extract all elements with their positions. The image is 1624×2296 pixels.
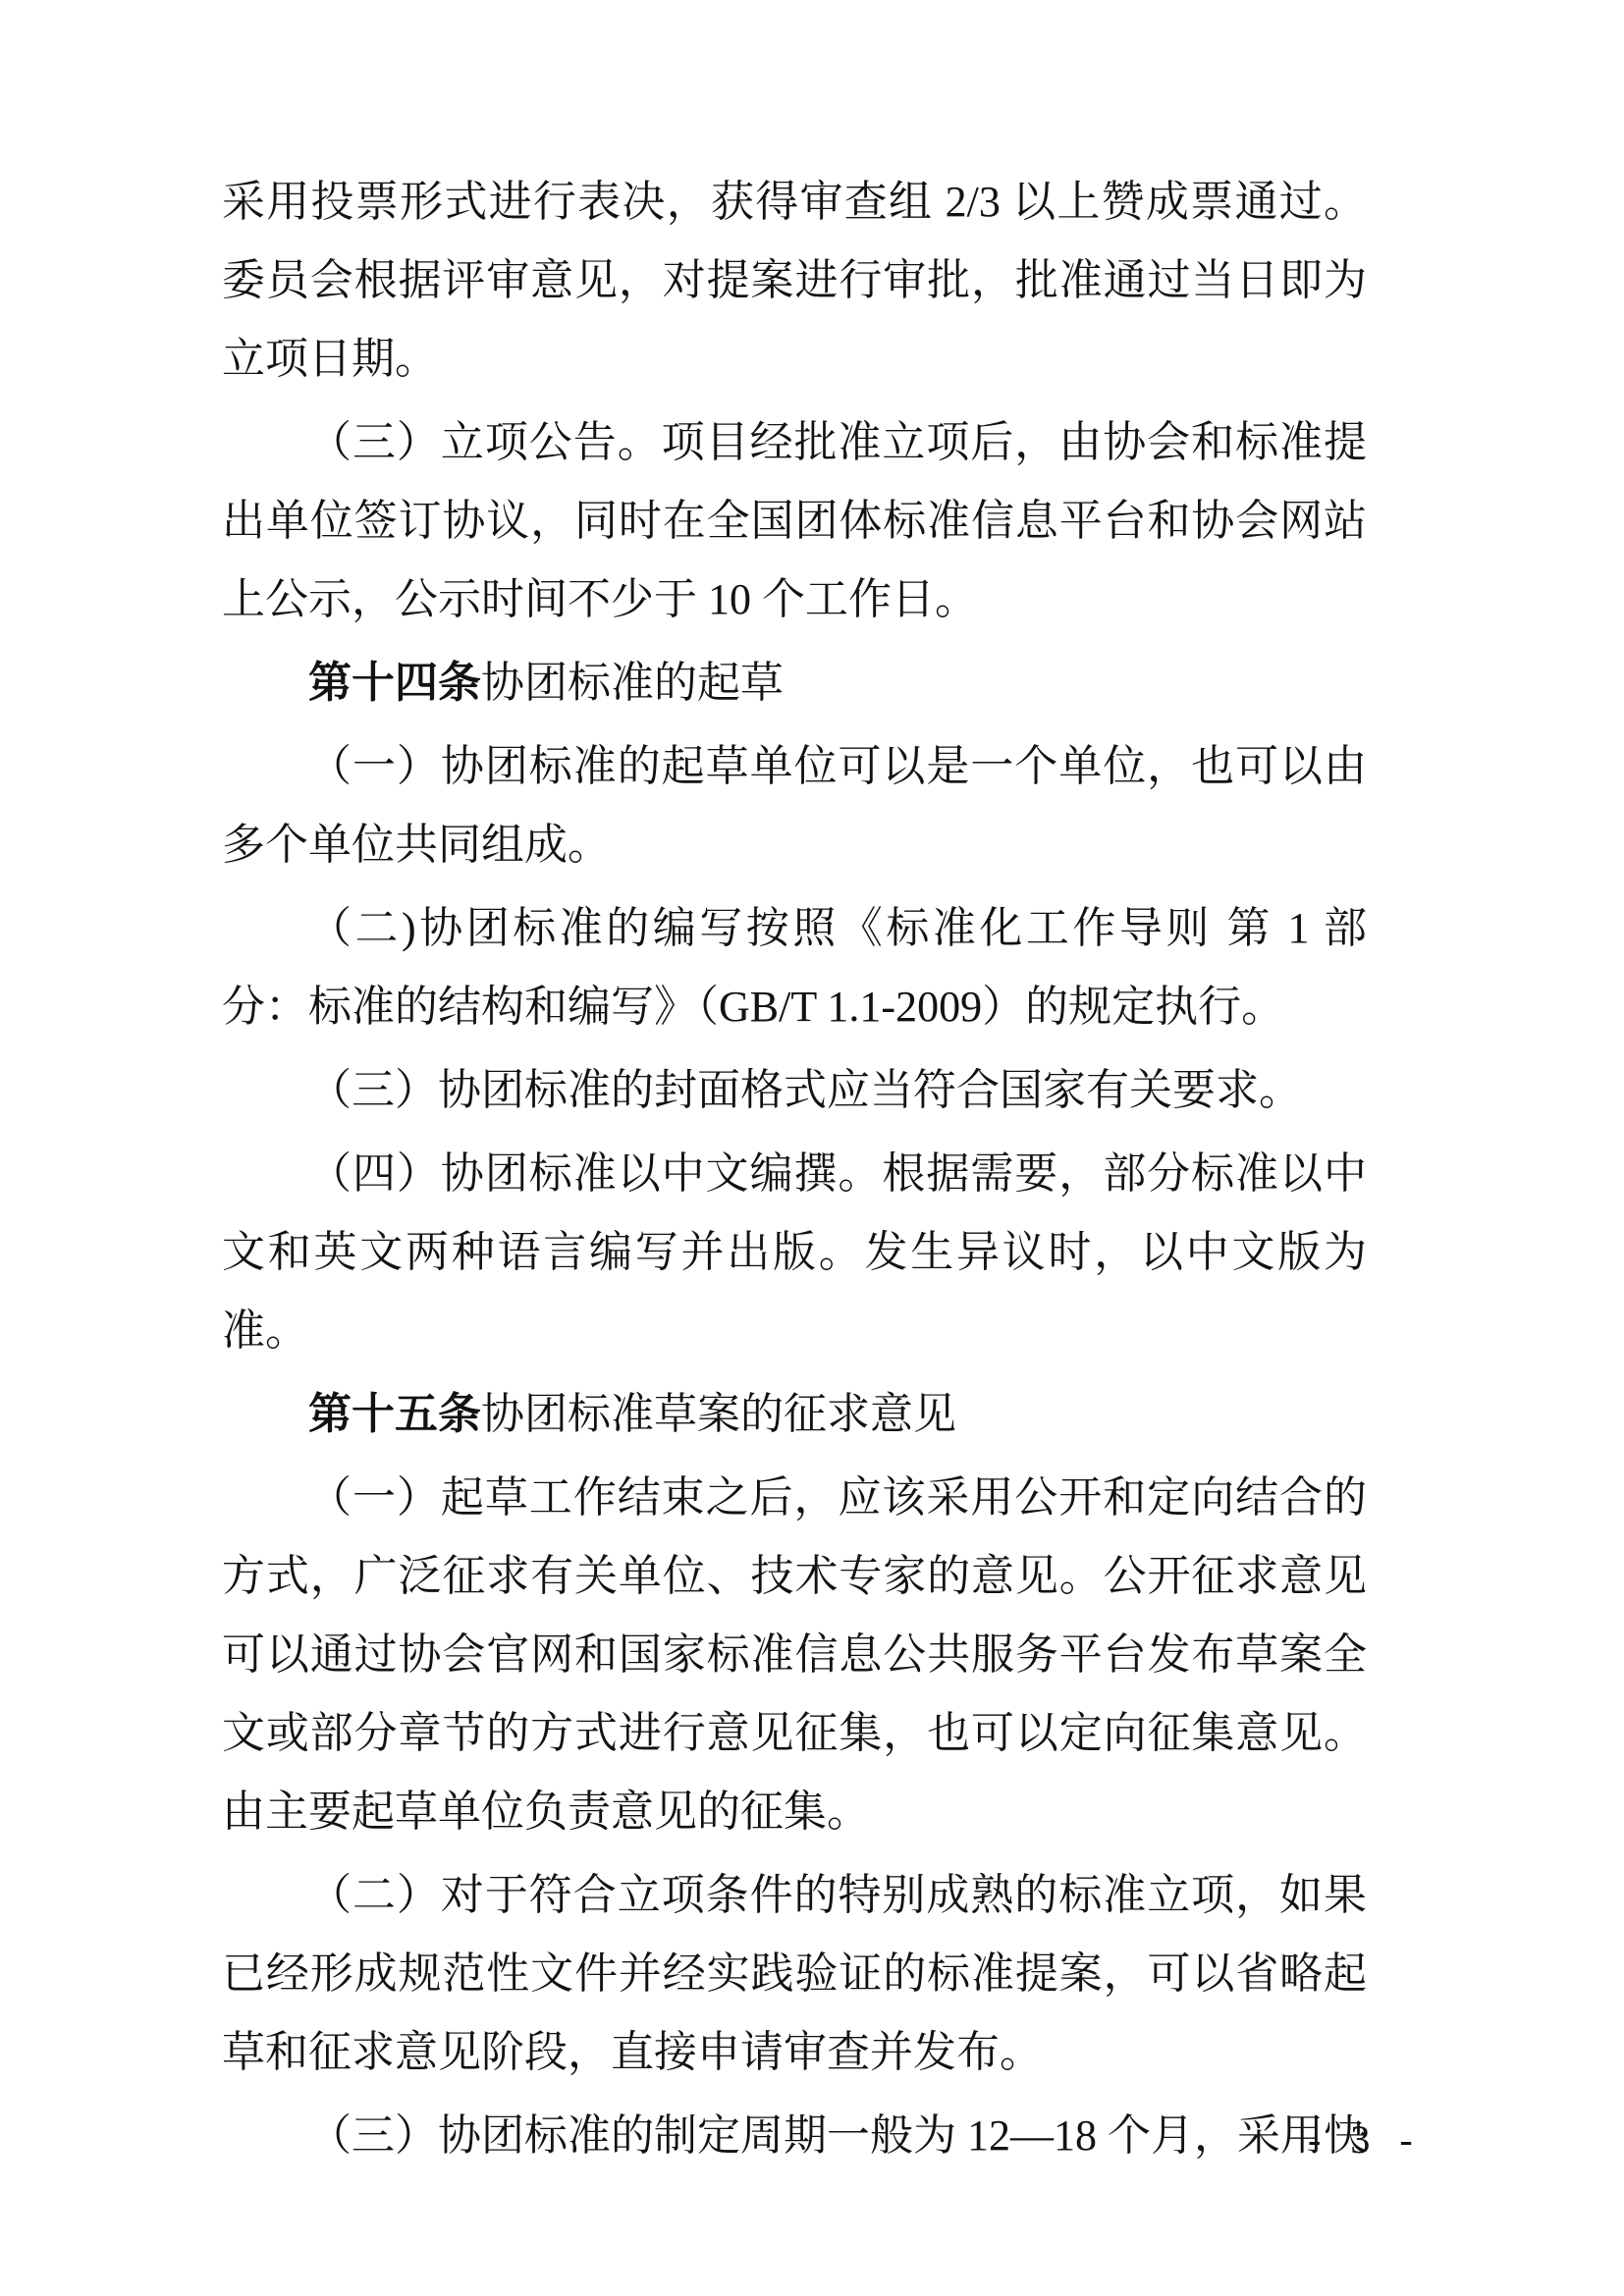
paragraph-continuation: 采用投票形式进行表决，获得审查组 2/3 以上赞成票通过。委员会根据评审意见，对…	[222, 163, 1367, 399]
document-body: 采用投票形式进行表决，获得审查组 2/3 以上赞成票通过。委员会根据评审意见，对…	[222, 163, 1367, 2175]
paragraph-drafting-units: （一）协团标准的起草单位可以是一个单位，也可以由多个单位共同组成。	[222, 727, 1367, 884]
page-number: - 3 -	[1308, 2118, 1423, 2162]
article-heading-14: 第十四条协团标准的起草	[222, 644, 1367, 722]
paragraph-cover-format: （三）协团标准的封面格式应当符合国家有关要求。	[222, 1051, 1367, 1130]
paragraph-mature-standards: （二）对于符合立项条件的特别成熟的标准立项，如果已经形成规范性文件并经实践验证的…	[222, 1856, 1367, 2092]
document-page: 采用投票形式进行表决，获得审查组 2/3 以上赞成票通过。委员会根据评审意见，对…	[0, 0, 1624, 2296]
article-number: 第十五条	[308, 1390, 481, 1438]
paragraph-development-cycle: （三）协团标准的制定周期一般为 12—18 个月，采用快	[222, 2097, 1367, 2175]
paragraph-comment-solicitation: （一）起草工作结束之后，应该采用公开和定向结合的方式，广泛征求有关单位、技术专家…	[222, 1459, 1367, 1851]
paragraph-drafting-rules: （二)协团标准的编写按照《标准化工作导则 第 1 部分：标准的结构和编写》（GB…	[222, 889, 1367, 1046]
article-title: 协团标准的起草	[481, 659, 784, 707]
paragraph-project-announcement: （三）立项公告。项目经批准立项后，由协会和标准提出单位签订协议，同时在全国团体标…	[222, 403, 1367, 639]
article-number: 第十四条	[308, 659, 481, 707]
article-title: 协团标准草案的征求意见	[481, 1390, 956, 1438]
paragraph-language: （四）协团标准以中文编撰。根据需要，部分标准以中文和英文两种语言编写并出版。发生…	[222, 1135, 1367, 1370]
article-heading-15: 第十五条协团标准草案的征求意见	[222, 1375, 1367, 1454]
